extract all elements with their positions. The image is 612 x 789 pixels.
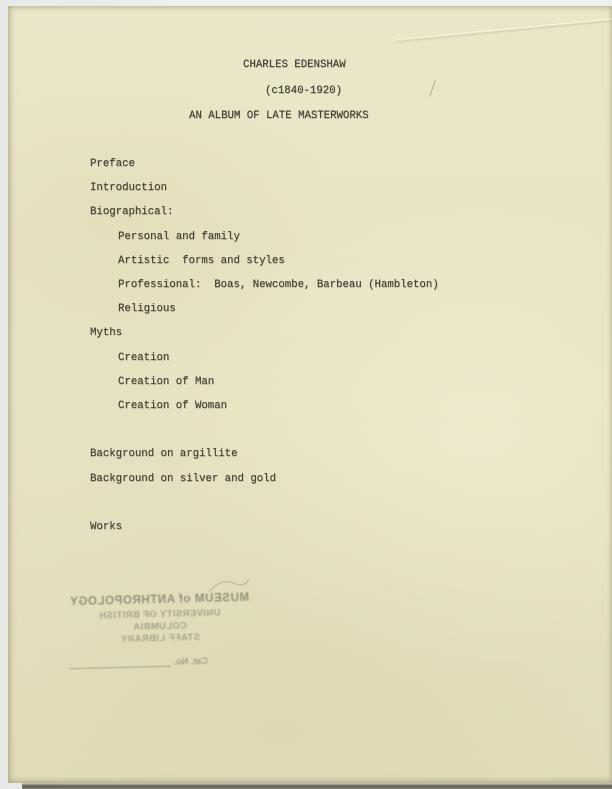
table-of-contents: Preface Introduction Biographical: Perso…: [90, 152, 570, 539]
toc-item: Works: [90, 515, 570, 539]
toc-item: Professional: Boas, Newcombe, Barbeau (H…: [90, 273, 570, 297]
toc-item: Creation of Woman: [90, 394, 570, 418]
toc-item: Creation of Man: [90, 370, 570, 394]
scan-shadow: [22, 783, 612, 789]
document-subtitle: AN ALBUM OF LATE MASTERWORKS: [189, 110, 369, 122]
toc-item: Preface: [90, 152, 570, 176]
stamp-cat-label: Cat. No.: [174, 656, 208, 667]
toc-item: Biographical:: [90, 200, 570, 224]
toc-item: Introduction: [90, 176, 570, 200]
pencil-mark: [207, 574, 251, 596]
document-date-range: (c1840-1920): [265, 85, 342, 97]
scanned-page: CHARLES EDENSHAW (c1840-1920) AN ALBUM O…: [8, 6, 612, 783]
toc-item: Personal and family: [90, 225, 570, 249]
crease-mark: [396, 17, 612, 41]
toc-item: Myths: [90, 321, 570, 345]
toc-item: Artistic forms and styles: [90, 249, 570, 273]
toc-item: Background on silver and gold: [90, 467, 570, 491]
crease-mark: [429, 80, 436, 97]
stamp-cat-underline: [69, 657, 171, 668]
toc-item: Creation: [90, 346, 570, 370]
toc-item: Background on argillite: [90, 442, 570, 466]
library-stamp: MUSEUM of ANTHROPOLOGY UNIVERSITY OF BRI…: [59, 588, 261, 670]
stamp-cat-no-line: Cat. No.: [69, 656, 208, 669]
document-title: CHARLES EDENSHAW: [243, 59, 346, 71]
toc-item: Religious: [90, 297, 570, 321]
